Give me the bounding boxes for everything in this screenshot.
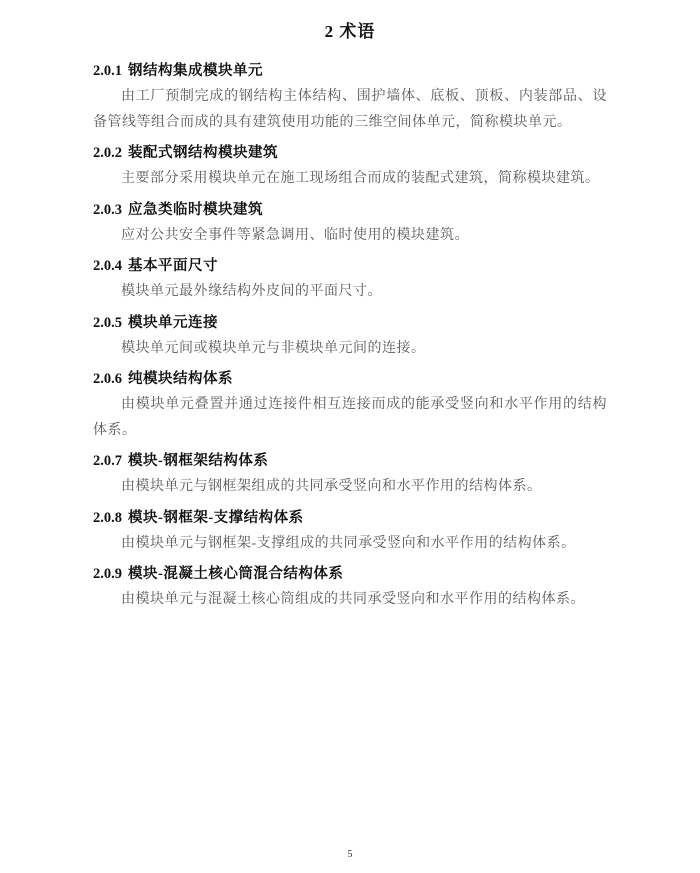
document-page: 2 术语 2.0.1钢结构集成模块单元 由工厂预制完成的钢结构主体结构、围护墙体… [0, 0, 700, 873]
term-title: 模块-钢框架-支撑结构体系 [128, 510, 304, 526]
term-section: 2.0.9模块-混凝土核心筒混合结构体系 由模块单元与混凝土核心筒组成的共同承受… [93, 561, 607, 613]
terminology-list: 2.0.1钢结构集成模块单元 由工厂预制完成的钢结构主体结构、围护墙体、底板、顶… [93, 58, 607, 613]
term-heading: 2.0.3应急类临时模块建筑 [93, 197, 607, 223]
term-heading: 2.0.5模块单元连接 [93, 310, 607, 336]
term-title: 纯模块结构体系 [128, 371, 233, 387]
term-number: 2.0.9 [93, 566, 122, 582]
term-section: 2.0.5模块单元连接 模块单元间或模块单元与非模块单元间的连接。 [93, 310, 607, 362]
term-definition: 由模块单元叠置并通过连接件相互连接而成的能承受竖向和水平作用的结构体系。 [93, 392, 607, 443]
term-number: 2.0.7 [93, 453, 122, 469]
term-number: 2.0.4 [93, 258, 122, 274]
term-number: 2.0.8 [93, 510, 122, 526]
term-definition: 由工厂预制完成的钢结构主体结构、围护墙体、底板、顶板、内装部品、设备管线等组合而… [93, 84, 607, 135]
term-definition: 模块单元最外缘结构外皮间的平面尺寸。 [93, 279, 607, 305]
term-definition: 由模块单元与钢框架-支撑组成的共同承受竖向和水平作用的结构体系。 [93, 531, 607, 557]
term-number: 2.0.3 [93, 202, 122, 218]
term-section: 2.0.8模块-钢框架-支撑结构体系 由模块单元与钢框架-支撑组成的共同承受竖向… [93, 505, 607, 557]
term-heading: 2.0.7模块-钢框架结构体系 [93, 448, 607, 474]
term-number: 2.0.2 [93, 145, 122, 161]
term-definition: 模块单元间或模块单元与非模块单元间的连接。 [93, 336, 607, 362]
term-title: 钢结构集成模块单元 [128, 63, 263, 79]
page-number: 5 [0, 849, 700, 860]
term-section: 2.0.1钢结构集成模块单元 由工厂预制完成的钢结构主体结构、围护墙体、底板、顶… [93, 58, 607, 135]
term-definition: 主要部分采用模块单元在施工现场组合而成的装配式建筑，简称模块建筑。 [93, 166, 607, 192]
term-title: 模块单元连接 [128, 315, 218, 331]
term-heading: 2.0.9模块-混凝土核心筒混合结构体系 [93, 561, 607, 587]
term-definition: 由模块单元与混凝土核心筒组成的共同承受竖向和水平作用的结构体系。 [93, 587, 607, 613]
term-number: 2.0.1 [93, 63, 122, 79]
term-heading: 2.0.2装配式钢结构模块建筑 [93, 140, 607, 166]
term-heading: 2.0.6纯模块结构体系 [93, 366, 607, 392]
term-section: 2.0.4基本平面尺寸 模块单元最外缘结构外皮间的平面尺寸。 [93, 253, 607, 305]
page-title: 2 术语 [93, 20, 607, 44]
term-section: 2.0.2装配式钢结构模块建筑 主要部分采用模块单元在施工现场组合而成的装配式建… [93, 140, 607, 192]
page-content: 2 术语 2.0.1钢结构集成模块单元 由工厂预制完成的钢结构主体结构、围护墙体… [93, 20, 607, 613]
term-section: 2.0.6纯模块结构体系 由模块单元叠置并通过连接件相互连接而成的能承受竖向和水… [93, 366, 607, 443]
term-title: 模块-混凝土核心筒混合结构体系 [128, 566, 343, 582]
term-heading: 2.0.4基本平面尺寸 [93, 253, 607, 279]
term-title: 应急类临时模块建筑 [128, 202, 263, 218]
term-number: 2.0.6 [93, 371, 122, 387]
term-heading: 2.0.1钢结构集成模块单元 [93, 58, 607, 84]
term-number: 2.0.5 [93, 315, 122, 331]
term-title: 模块-钢框架结构体系 [128, 453, 268, 469]
term-heading: 2.0.8模块-钢框架-支撑结构体系 [93, 505, 607, 531]
term-section: 2.0.3应急类临时模块建筑 应对公共安全事件等紧急调用、临时使用的模块建筑。 [93, 197, 607, 249]
term-title: 装配式钢结构模块建筑 [128, 145, 278, 161]
term-definition: 由模块单元与钢框架组成的共同承受竖向和水平作用的结构体系。 [93, 474, 607, 500]
term-section: 2.0.7模块-钢框架结构体系 由模块单元与钢框架组成的共同承受竖向和水平作用的… [93, 448, 607, 500]
term-definition: 应对公共安全事件等紧急调用、临时使用的模块建筑。 [93, 223, 607, 249]
term-title: 基本平面尺寸 [128, 258, 218, 274]
